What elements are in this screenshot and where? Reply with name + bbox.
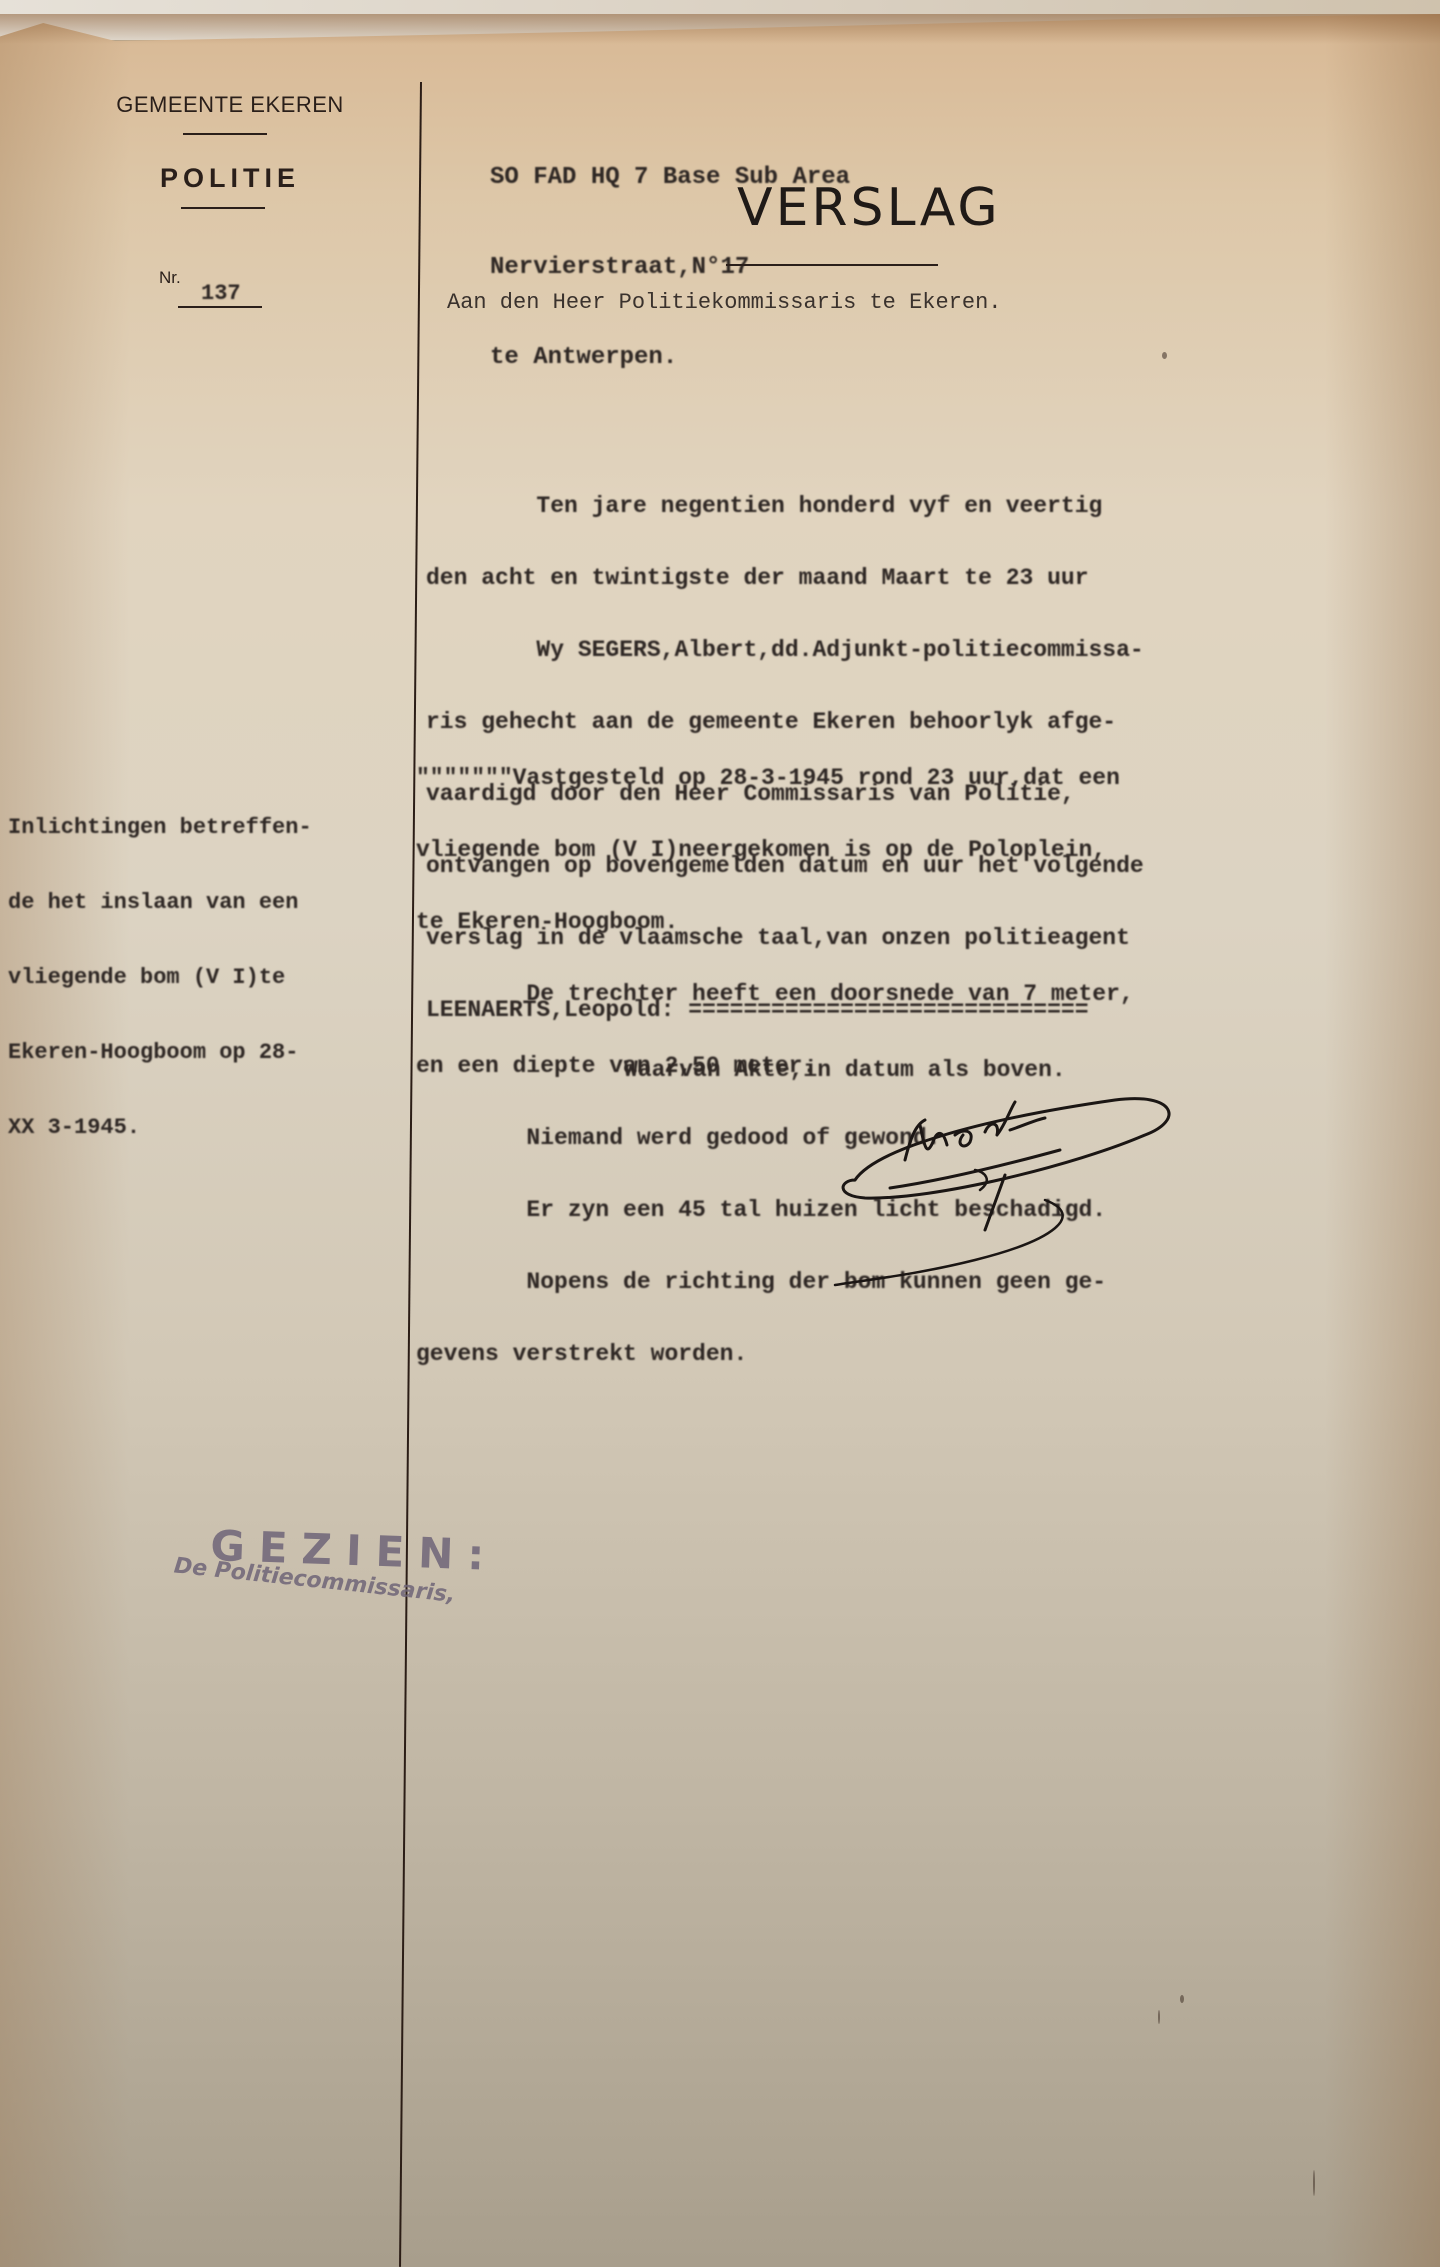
body-line: vliegende bom (V I)neergekomen is op de … (416, 838, 1134, 862)
department-heading: POLITIE (95, 163, 365, 194)
margin-line: Ekeren-Hoogboom op 28- (8, 1040, 312, 1065)
margin-summary-note: Inlichtingen betreffen- de het inslaan v… (8, 765, 312, 1165)
margin-line: vliegende bom (V I)te (8, 965, 312, 990)
sender-address: SO FAD HQ 7 Base Sub Area Nervierstraat,… (490, 103, 850, 403)
paper-speck (1313, 2170, 1315, 2196)
signature-icon (815, 1080, 1195, 1290)
paper-speck (1180, 1995, 1184, 2003)
heading-rule (181, 207, 265, 209)
approval-stamp: GEZIEN: De Politiecommissaris, (209, 1521, 499, 1601)
number-underline (178, 306, 262, 308)
number-label: Nr. (159, 268, 181, 288)
margin-line: de het inslaan van een (8, 890, 312, 915)
municipality-heading: GEMEENTE EKEREN (95, 92, 365, 118)
body-line: gevens verstrekt worden. (416, 1342, 1134, 1366)
body-line: """""""Vastgesteld op 28-3-1945 rond 23 … (416, 766, 1134, 790)
paper-stain (0, 14, 1440, 44)
sender-line: Nervierstraat,N°17 (490, 253, 850, 283)
paper-speck (1162, 352, 1167, 359)
document-title: VERSLAG (737, 178, 1001, 238)
paper-speck (1158, 2010, 1160, 2024)
addressee-line: Aan den Heer Politiekommissaris te Ekere… (447, 290, 1002, 315)
body-line: Ten jare negentien honderd vyf en veerti… (426, 494, 1144, 518)
body-line: De trechter heeft een doorsnede van 7 me… (416, 982, 1134, 1006)
title-rule (726, 264, 938, 266)
body-line: te Ekeren-Hoogboom. (416, 910, 1134, 934)
heading-rule (183, 133, 267, 135)
margin-line: XX 3-1945. (8, 1115, 312, 1140)
margin-line: Inlichtingen betreffen- (8, 815, 312, 840)
body-line: Wy SEGERS,Albert,dd.Adjunkt-politiecommi… (426, 638, 1144, 662)
sender-line: te Antwerpen. (490, 343, 850, 373)
body-line: den acht en twintigste der maand Maart t… (426, 566, 1144, 590)
document-number: 137 (201, 281, 241, 306)
